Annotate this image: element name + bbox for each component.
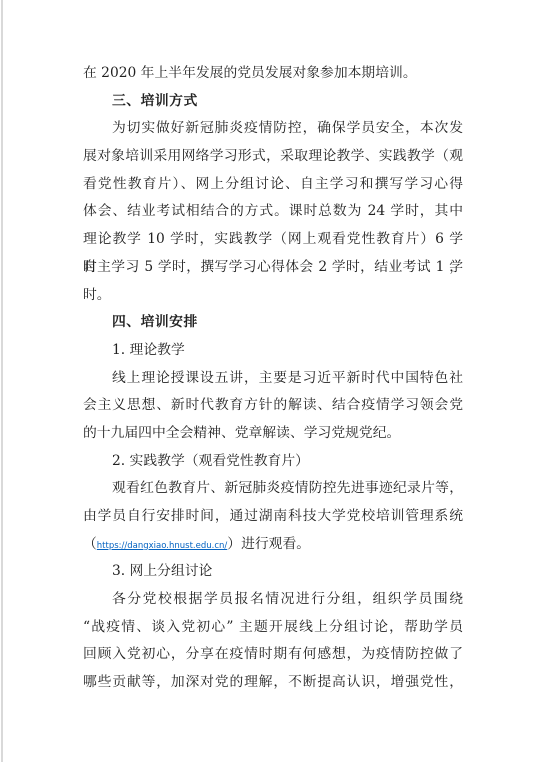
doc-line: 各分党校根据学员报名情况进行分组，组织学员围绕	[83, 586, 463, 614]
doc-line: 观看红色教育片、新冠肺炎疫情防控先进事迹纪录片等，	[83, 475, 463, 503]
doc-line: 看党性教育片）、网上分组讨论、自主学习和撰写学习心得	[83, 171, 463, 199]
doc-line: 体会、结业考试相结合的方式。课时总数为 24 学时，其中	[83, 198, 463, 226]
doc-line: 的十九届四中全会精神、党章解读、学习党规党纪。	[83, 420, 463, 448]
doc-line: 自主学习 5 学时，撰写学习心得体会 2 学时，结业考试 1 学	[83, 254, 463, 282]
doc-line: 理论教学 10 学时，实践教学（网上观看党性教育片）6 学时，	[83, 226, 463, 254]
subitem-theory-teaching: 1. 理论教学	[83, 337, 463, 365]
doc-line: 为切实做好新冠肺炎疫情防控，确保学员安全，本次发	[83, 115, 463, 143]
training-system-link[interactable]: https://dangxiao.hnust.edu.cn/	[97, 541, 227, 551]
doc-line: 回顾入党初心，分享在疫情时期有何感想，为疫情防控做了	[83, 641, 463, 669]
doc-line: 由学员自行安排时间，通过湖南科技大学党校培训管理系统	[83, 503, 463, 531]
doc-line: 哪些贡献等，加深对党的理解，不断提高认识，增强党性，	[83, 669, 463, 697]
subitem-online-group-discussion: 3. 网上分组讨论	[83, 558, 463, 586]
document-page: 在 2020 年上半年发展的党员发展对象参加本期培训。 三、培训方式 为切实做好…	[0, 0, 544, 762]
doc-line-with-link: （https://dangxiao.hnust.edu.cn/）进行观看。	[83, 531, 463, 559]
page-left-edge	[1, 0, 3, 762]
link-suffix-text: ）进行观看。	[227, 536, 310, 552]
doc-line: “战疫情、谈入党初心” 主题开展线上分组讨论，帮助学员	[83, 614, 463, 642]
doc-line: 线上理论授课设五讲，主要是习近平新时代中国特色社	[83, 365, 463, 393]
doc-line: 展对象培训采用网络学习形式，采取理论教学、实践教学（观	[83, 143, 463, 171]
section-heading-training-method: 三、培训方式	[83, 88, 463, 116]
doc-line: 会主义思想、新时代教育方针的解读、结合疫情学习领会党	[83, 392, 463, 420]
document-content: 在 2020 年上半年发展的党员发展对象参加本期培训。 三、培训方式 为切实做好…	[83, 60, 463, 697]
doc-line: 在 2020 年上半年发展的党员发展对象参加本期培训。	[83, 60, 463, 88]
section-heading-training-schedule: 四、培训安排	[83, 309, 463, 337]
subitem-practice-teaching: 2. 实践教学（观看党性教育片）	[83, 448, 463, 476]
doc-line: 时。	[83, 282, 463, 310]
link-prefix-paren: （	[83, 536, 97, 552]
